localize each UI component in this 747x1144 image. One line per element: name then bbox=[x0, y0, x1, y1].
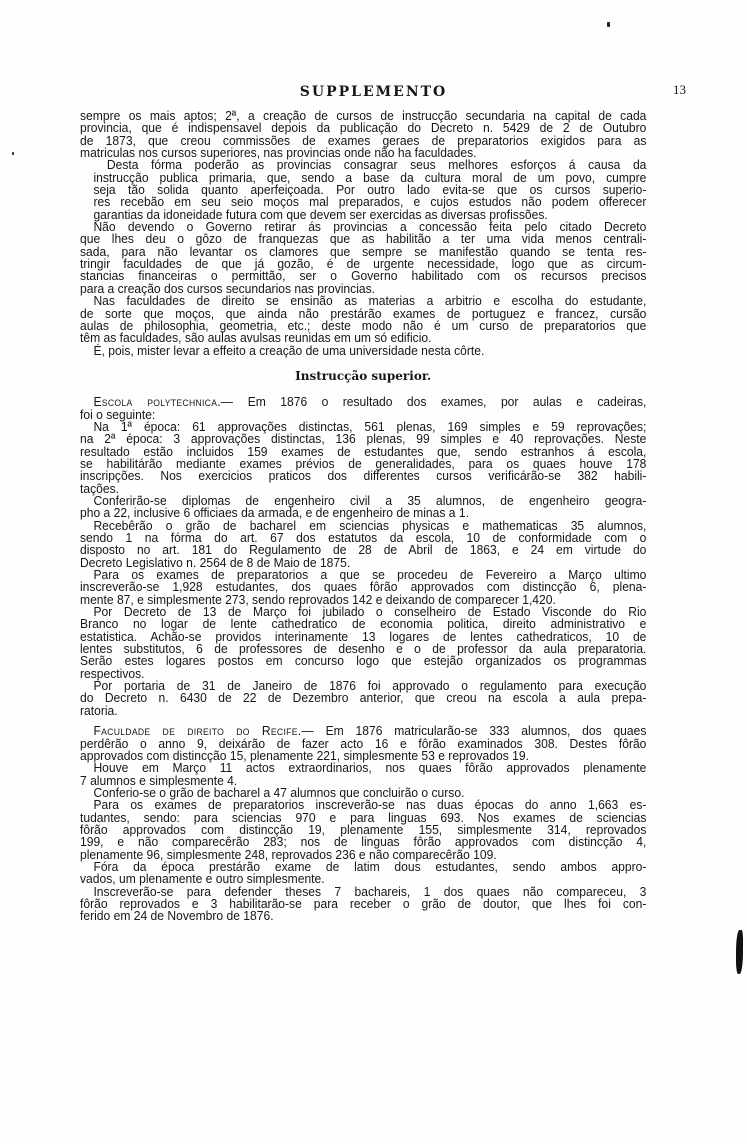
text-line: do Decreto n. 6430 de 22 de Dezembro ant… bbox=[80, 692, 646, 704]
text-line: inscreverão-se 1,928 estudantes, dos qua… bbox=[80, 581, 646, 593]
text-line: provincia, que é indispensavel depois da… bbox=[80, 122, 646, 134]
text-line: perdêrão o anno 9, deixárão de fazer act… bbox=[80, 738, 646, 750]
text-run: Em 1876 o resultado dos exames, por aula… bbox=[248, 395, 647, 409]
paragraph: Desta fórma poderão as provincias consag… bbox=[80, 159, 646, 221]
text-line: pho a 22, inclusive 6 officiaes da armad… bbox=[80, 507, 646, 519]
text-line: têm as faculdades, são aulas avulsas reu… bbox=[80, 332, 646, 344]
paragraph: É, pois, mister levar a effeito a creaçã… bbox=[80, 345, 646, 357]
text-column: sempre os mais aptos; 2ª, a creação de c… bbox=[80, 110, 646, 923]
text-line: na 2ª época: 3 approvações distinctas, 1… bbox=[80, 433, 646, 445]
text-line: Serão estes logares postos em concurso l… bbox=[80, 655, 646, 667]
page-number: 13 bbox=[673, 82, 686, 98]
paragraph: Nas faculdades de direito se ensinão as … bbox=[80, 295, 646, 344]
text-line: Desta fórma poderão as provincias consag… bbox=[80, 159, 646, 171]
paragraph: Por Decreto de 13 de Março foi jubilado … bbox=[80, 606, 646, 680]
text-line: 199, e não comparecêrão 283; nos de ling… bbox=[80, 836, 646, 848]
text-line: inscripções. Nos exercicios praticos dos… bbox=[80, 470, 646, 482]
page-edge-blot bbox=[736, 930, 743, 974]
paragraph: Conferirão-se diplomas de engenheiro civ… bbox=[80, 495, 646, 520]
paragraph-faculdade-recife: Faculdade de direito do Recife.— Em 1876… bbox=[80, 725, 646, 762]
running-header: SUPPLEMENTO 13 bbox=[0, 84, 747, 104]
ink-speck bbox=[607, 22, 610, 27]
paragraph: Na 1ª época: 61 approvações distinctas, … bbox=[80, 421, 646, 495]
text-line: Nas faculdades de direito se ensinão as … bbox=[80, 295, 646, 307]
paragraph: Para os exames de preparatorios a que se… bbox=[80, 569, 646, 606]
text-line: Escola polytechnica.— Em 1876 o resultad… bbox=[80, 396, 646, 408]
text-line: ratoria. bbox=[80, 705, 646, 717]
paragraph: Inscreverão-se para defender theses 7 ba… bbox=[80, 886, 646, 923]
text-line: res recebão em seu seio moços mal prepar… bbox=[80, 196, 646, 208]
text-line: vados, um plenamente e outro simplesment… bbox=[80, 873, 646, 885]
text-line: que lhes deu o gôzo de franquezas que as… bbox=[80, 233, 646, 245]
text-line: stancias financeiras o permittão, ser o … bbox=[80, 270, 646, 282]
paragraph: Por portaria de 31 de Janeiro de 1876 fo… bbox=[80, 680, 646, 717]
paragraph: Não devendo o Governo retirar ás provinc… bbox=[80, 221, 646, 295]
text-line: Para os exames de preparatorios inscreve… bbox=[80, 799, 646, 811]
running-header-title: SUPPLEMENTO bbox=[0, 84, 747, 100]
text-line: ferido em 24 de Novembro de 1876. bbox=[80, 910, 646, 922]
text-line: Faculdade de direito do Recife.— Em 1876… bbox=[80, 725, 646, 737]
text-line: disposto no art. 181 do Regulamento de 2… bbox=[80, 544, 646, 556]
text-line: É, pois, mister levar a effeito a creaçã… bbox=[80, 345, 646, 357]
paragraph-escola-polytechnica: Escola polytechnica.— Em 1876 o resultad… bbox=[80, 396, 646, 421]
paragraph: sempre os mais aptos; 2ª, a creação de c… bbox=[80, 110, 646, 159]
paragraph: Recebêrão o grão de bacharel em sciencia… bbox=[80, 520, 646, 569]
text-line: Houve em Março 11 actos extraordinarios,… bbox=[80, 762, 646, 774]
text-line: de sorte que moços, que ainda não prestá… bbox=[80, 308, 646, 320]
paragraph: Para os exames de preparatorios inscreve… bbox=[80, 799, 646, 861]
ink-speck bbox=[12, 152, 14, 155]
paragraph: Fóra da época prestárão exame de latim d… bbox=[80, 861, 646, 886]
text-line: Branco no logar de lente cathedratico de… bbox=[80, 618, 646, 630]
document-page: SUPPLEMENTO 13 sempre os mais aptos; 2ª,… bbox=[0, 0, 747, 1144]
paragraph: Houve em Março 11 actos extraordinarios,… bbox=[80, 762, 646, 787]
section-title: Instrucção superior. bbox=[80, 370, 646, 382]
